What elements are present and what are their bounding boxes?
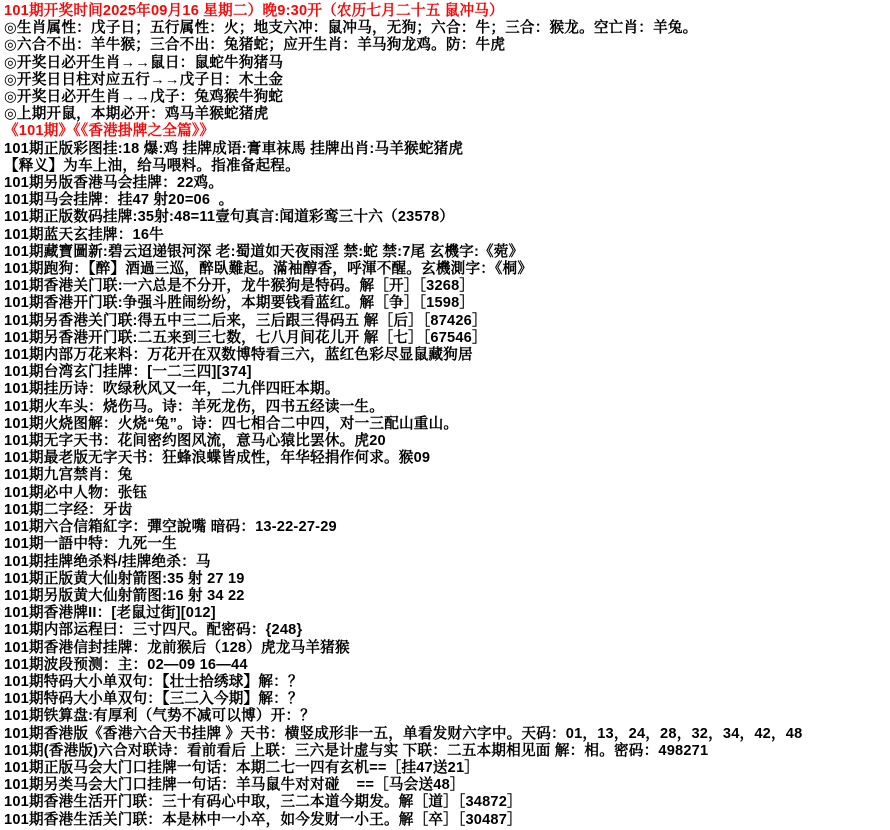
text-line-9: 101期正版彩图挂:18 爆:鸡 挂牌成语:膏車袜馬 挂牌出肖:马羊猴蛇猪虎	[4, 141, 888, 158]
text-line-10: 【释义】为车上油，给马喂料。指准备起程。	[4, 158, 888, 175]
text-line-26: 101期无字天书：花间密约图风流，意马心猿比罢休。虎20	[4, 433, 888, 450]
text-line-18: 101期香港开门联:争强斗胜闹纷纷，本期要钱看蓝红。解［争］［1598］	[4, 295, 888, 312]
text-line-17: 101期香港关门联:一六总是不分开，龙牛猴狗是特码。解［开］［3268］	[4, 278, 888, 295]
text-line-20: 101期另香港开门联:二五来到三七数，七八月间花儿开 解［七］［67546］	[4, 330, 888, 347]
text-line-37: 101期内部运程曰：三寸四尺。配密码：{248}	[4, 622, 888, 639]
text-line-22: 101期台湾玄门挂牌：[一二三四][374]	[4, 364, 888, 381]
text-line-16: 101期跑狗：【醉】酒過三巡，醉臥難起。滿袖醇香，呼渾不醒。玄機測字：《桐》	[4, 261, 888, 278]
text-line-1: 101期开奖时间2025年09月16 星期二）晚9:30开（农历七月二十五 鼠冲…	[4, 3, 888, 20]
lottery-tips-page: 101期开奖时间2025年09月16 星期二）晚9:30开（农历七月二十五 鼠冲…	[0, 0, 890, 830]
text-line-41: 101期特码大小单双句：【三二入今期】解：？	[4, 691, 888, 708]
text-line-4: ◎开奖日必开生肖→→鼠日：鼠蛇牛狗猪马	[4, 55, 888, 72]
text-line-35: 101期另版黄大仙射箭图:16 射 34 22	[4, 588, 888, 605]
text-line-29: 101期必中人物：张钰	[4, 485, 888, 502]
text-line-24: 101期火车头：烧伤马。诗：羊死龙伤，四书五经读一生。	[4, 399, 888, 416]
text-line-3: ◎六合不出：羊牛猴；三合不出：兔猪蛇；应开生肖：羊马狗龙鸡。防：牛虎	[4, 37, 888, 54]
text-line-32: 101期一語中特：九死一生	[4, 536, 888, 553]
text-line-27: 101期最老版无字天书：狂蜂浪蝶皆成性，年华轻捐作何求。猴09	[4, 450, 888, 467]
text-line-30: 101期二字经：牙齿	[4, 502, 888, 519]
text-line-40: 101期特码大小单双句：【壮士拾绣球】解：？	[4, 674, 888, 691]
text-line-46: 101期另类马会大门口挂牌一句话：羊马鼠牛对对碰 ==［马会送48］	[4, 777, 888, 794]
text-line-39: 101期波段预测：主：02—09 16—44	[4, 657, 888, 674]
text-line-38: 101期香港信封挂牌：龙前猴后（128）虎龙马羊猪猴	[4, 640, 888, 657]
text-line-19: 101期另香港关门联:得五中三二后来，三后跟三得码五 解［后］［87426］	[4, 313, 888, 330]
text-line-42: 101期铁算盘:有厚利（气势不减可以博）开：？	[4, 708, 888, 725]
text-line-36: 101期香港牌II：[老鼠过街][012]	[4, 605, 888, 622]
text-line-23: 101期挂历诗：吹绿秋风又一年，二九伴四旺本期。	[4, 381, 888, 398]
text-line-5: ◎开奖日日柱对应五行→→戊子日：木土金	[4, 72, 888, 89]
text-line-11: 101期另版香港马会挂牌：22鸡。	[4, 175, 888, 192]
text-line-47: 101期香港生活开门联：三十有码心中取，三二本道今期发。解［道］［34872］	[4, 794, 888, 811]
text-lines: 101期开奖时间2025年09月16 星期二）晚9:30开（农历七月二十五 鼠冲…	[4, 3, 888, 829]
text-line-33: 101期挂牌绝杀料/挂牌绝杀：马	[4, 554, 888, 571]
text-line-7: ◎上期开鼠，本期必开：鸡马羊猴蛇猪虎	[4, 106, 888, 123]
text-line-48: 101期香港生活关门联：本是林中一小卒，如今发财一小王。解［卒］［30487］	[4, 812, 888, 829]
text-line-25: 101期火烧图解：火烧“兔”。诗：四七相合二中四，对一三配山重山。	[4, 416, 888, 433]
text-line-2: ◎生肖属性：戊子日；五行属性：火；地支六冲：鼠冲马，无狗；六合：牛；三合：猴龙。…	[4, 20, 888, 37]
text-line-21: 101期内部万花来料：万花开在双数博特看三六，蓝红色彩尽显鼠藏狗居	[4, 347, 888, 364]
text-line-28: 101期九宫禁肖：兔	[4, 467, 888, 484]
text-line-15: 101期藏寶圖新:碧云迢递银河深 老:蜀道如天夜雨淫 禁:蛇 禁:7尾 玄機字:…	[4, 244, 888, 261]
text-line-6: ◎开奖日必开生肖→→戊子：兔鸡猴牛狗蛇	[4, 89, 888, 106]
text-line-43: 101期香港版《香港六合天书挂牌 》天书：横竖成形非一五，单看发财六字中。天码：…	[4, 726, 888, 743]
text-line-34: 101期正版黄大仙射箭图:35 射 27 19	[4, 571, 888, 588]
text-line-14: 101期蓝天玄挂牌：16牛	[4, 227, 888, 244]
text-line-44: 101期(香港版)六合对联诗：看前看后 上联：三六是计虚与实 下联：二五本期相见…	[4, 743, 888, 760]
text-line-31: 101期六合信箱紅字：彈空說嘴 暗码：13-22-27-29	[4, 519, 888, 536]
text-line-8: 《101期》《《香港掛牌之全篇》》	[4, 123, 888, 140]
text-line-13: 101期正版数码挂牌:35射:48=11壹句真言:闻道彩鸾三十六（23578）	[4, 209, 888, 226]
text-line-45: 101期正版马会大门口挂牌一句话：本期二七一四有玄机==［挂47送21］	[4, 760, 888, 777]
text-line-12: 101期马会挂牌：挂47 射20=06 。	[4, 192, 888, 209]
